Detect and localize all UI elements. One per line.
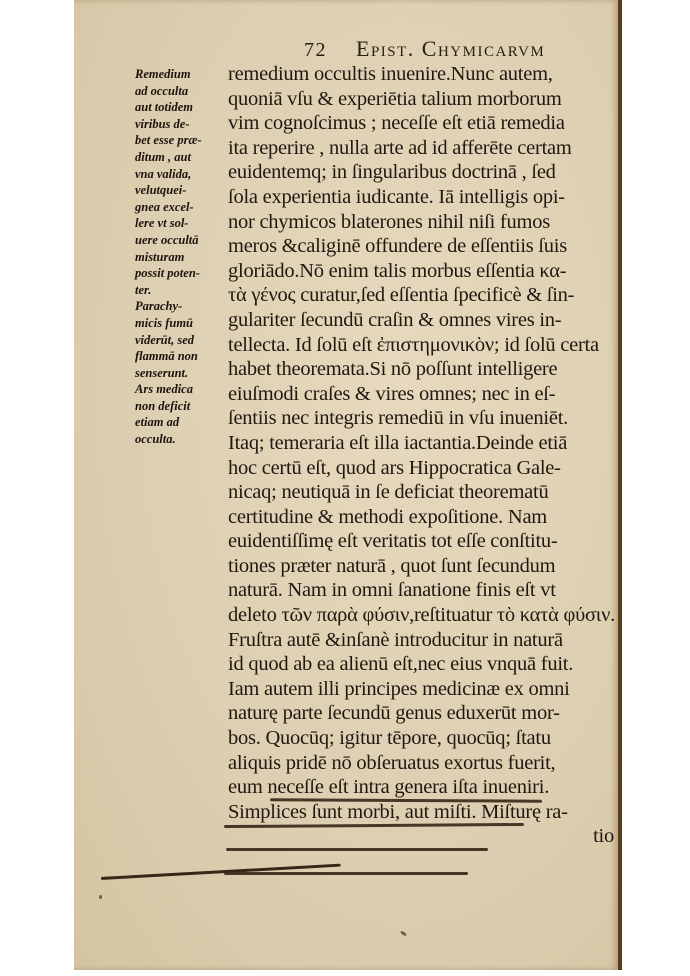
margin-note-line: Parachy-: [135, 298, 227, 315]
margin-note-line: senserunt.: [135, 365, 227, 382]
text-line: tiones præter naturā , quot ſunt ſecundu…: [228, 554, 620, 579]
margin-note-line: lere vt sol-: [135, 215, 227, 232]
margin-notes: Remedium ad occulta aut totidem viribus …: [135, 66, 227, 448]
text-line: ſentiis nec integris remediū in vſu inue…: [228, 406, 620, 431]
text-line: Simplices ſunt morbi, aut miſti. Miſturę…: [228, 800, 620, 825]
text-line: naturę parte ſecundū genus eduxerūt mor-: [228, 701, 620, 726]
main-text-block: remedium occultis inuenire.Nunc autem, q…: [228, 62, 620, 849]
text-line: euidentemq; in ſingularibus doctrinā , ſ…: [228, 160, 620, 185]
text-line: nicaq; neutiquā in ſe deficiat theoremat…: [228, 480, 620, 505]
running-title: Epist. Chymicarvm: [356, 36, 545, 61]
margin-note-line: vna valida,: [135, 166, 227, 183]
text-line: deleto τῶν παρὰ φύσιν,reſtituatur τὸ κατ…: [228, 603, 620, 628]
margin-note-line: uere occultā: [135, 232, 227, 249]
margin-note-line: Ars medica: [135, 381, 227, 398]
text-line: hoc certū eſt, quod ars Hippocratica Gal…: [228, 456, 620, 481]
text-line: Fruſtra autē &inſanè introducitur in nat…: [228, 628, 620, 653]
margin-note-line: misturam: [135, 249, 227, 266]
text-line: euidentiſſimę eſt veritatis tot eſſe con…: [228, 529, 620, 554]
margin-note-line: ad occulta: [135, 83, 227, 100]
handwritten-underline: [226, 848, 488, 851]
text-line: id quod ab ea alienū eſt,nec eius vnquā …: [228, 652, 620, 677]
text-line: vim cognoſcimus ; neceſſe eſt etiā remed…: [228, 111, 620, 136]
margin-note-line: ter.: [135, 282, 227, 299]
text-line: naturā. Nam in omni ſanatione finis eſt …: [228, 578, 620, 603]
margin-note-line: occulta.: [135, 431, 227, 448]
text-line: aliquis pridē nō obſeruatus exortus fuer…: [228, 751, 620, 776]
text-line: eiuſmodi craſes & vires omnes; nec in eſ…: [228, 382, 620, 407]
text-line: habet theoremata.Si nō poſſunt intellige…: [228, 357, 620, 382]
catchword: tio: [228, 824, 620, 849]
margin-note-line: ditum , aut: [135, 149, 227, 166]
margin-note-line: gnea excel-: [135, 199, 227, 216]
text-line: ita reperire , nulla arte ad id afferēte…: [228, 136, 620, 161]
margin-note-line: bet esse præ-: [135, 132, 227, 149]
text-line: quoniā vſu & experiētia talium morborum: [228, 87, 620, 112]
page-number: 72: [304, 39, 327, 61]
text-line: remedium occultis inuenire.Nunc autem,: [228, 62, 620, 87]
margin-note-line: micis fumū: [135, 315, 227, 332]
text-line: ſola experientia iudicante. Iā intelligi…: [228, 185, 620, 210]
paper-speck: [400, 930, 407, 936]
text-line: meros &caliginē offundere de eſſentiis ſ…: [228, 234, 620, 259]
text-line: certitudine & methodi expoſitione. Nam: [228, 505, 620, 530]
text-line: τὰ γένος curatur,ſed eſſentia ſpecificè …: [228, 283, 620, 308]
text-line: eum neceſſe eſt intra genera iſta inueni…: [228, 775, 620, 800]
text-line: gloriādo.Nō enim talis morbus eſſentia κ…: [228, 259, 620, 284]
margin-note-line: flammā non: [135, 348, 227, 365]
margin-note-line: viribus de-: [135, 116, 227, 133]
margin-note-line: non deficit: [135, 398, 227, 415]
text-line: Iam autem illi principes medicinæ ex omn…: [228, 677, 620, 702]
text-line: nor chymicos blaterones nihil niſi fumos: [228, 210, 620, 235]
text-line: gulariter ſecundū craſin & omnes vires i…: [228, 308, 620, 333]
margin-note-line: possit poten-: [135, 265, 227, 282]
margin-note-line: etiam ad: [135, 414, 227, 431]
margin-note-line: velutquei-: [135, 182, 227, 199]
text-line: tellecta. Id ſolū eſt ἐπιστημονικὸν; id …: [228, 333, 620, 358]
text-line: bos. Quocūq; igitur tēpore, quocūq; ſtat…: [228, 726, 620, 751]
handwritten-underline: [224, 872, 468, 875]
margin-note-line: aut totidem: [135, 99, 227, 116]
margin-note-line: Remedium: [135, 66, 227, 83]
book-page: 72 Epist. Chymicarvm Remedium ad occulta…: [74, 0, 622, 970]
margin-note-line: viderūt, sed: [135, 332, 227, 349]
paper-speck: [99, 895, 102, 899]
text-line: Itaq; temeraria eſt illa iactantia.Deind…: [228, 431, 620, 456]
